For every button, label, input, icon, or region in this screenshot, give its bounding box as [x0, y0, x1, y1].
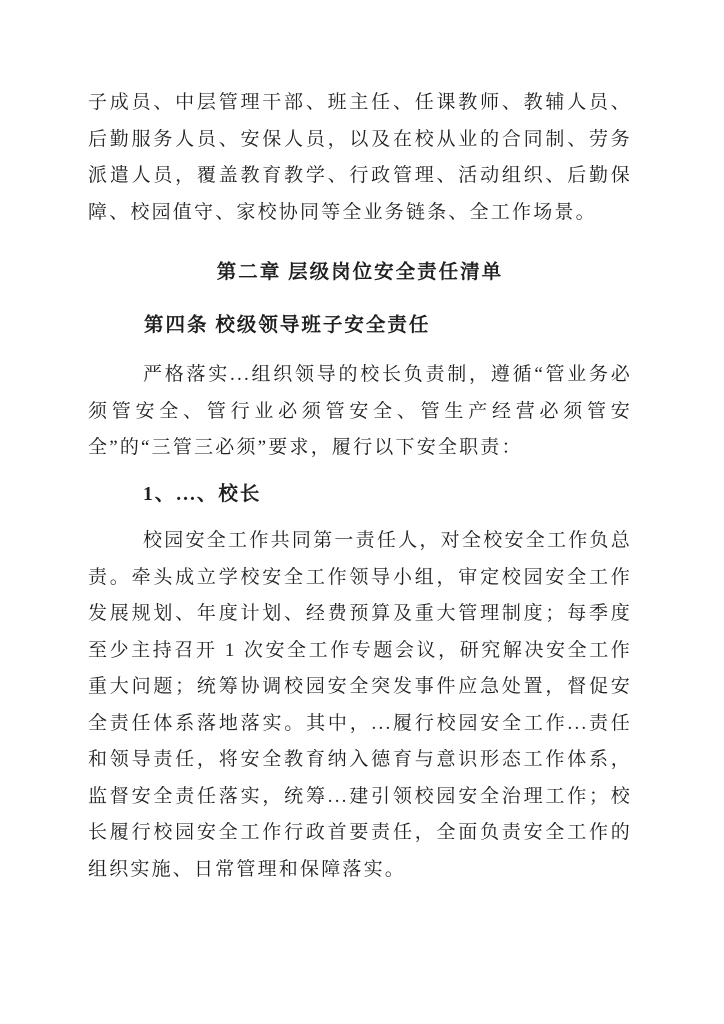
chapter-heading: 第二章 层级岗位安全责任清单 — [88, 255, 632, 292]
item-heading: 1、...、校长 — [143, 477, 632, 514]
item-body-paragraph: 校园安全工作共同第一责任人，对全校安全工作负总责。牵头成立学校安全工作领导小组，… — [88, 523, 632, 888]
article-heading: 第四条 校级领导班子安全责任 — [144, 308, 632, 345]
document-page: 子成员、中层管理干部、班主任、任课教师、教辅人员、后勤服务人员、安保人员，以及在… — [0, 0, 724, 1024]
article-intro-paragraph: 严格落实...组织领导的校长负责制，遵循“管业务必须管安全、管行业必须管安全、管… — [88, 357, 632, 467]
document-content: 子成员、中层管理干部、班主任、任课教师、教辅人员、后勤服务人员、安保人员，以及在… — [88, 85, 632, 888]
paragraph-continuation: 子成员、中层管理干部、班主任、任课教师、教辅人员、后勤服务人员、安保人员，以及在… — [88, 85, 632, 231]
